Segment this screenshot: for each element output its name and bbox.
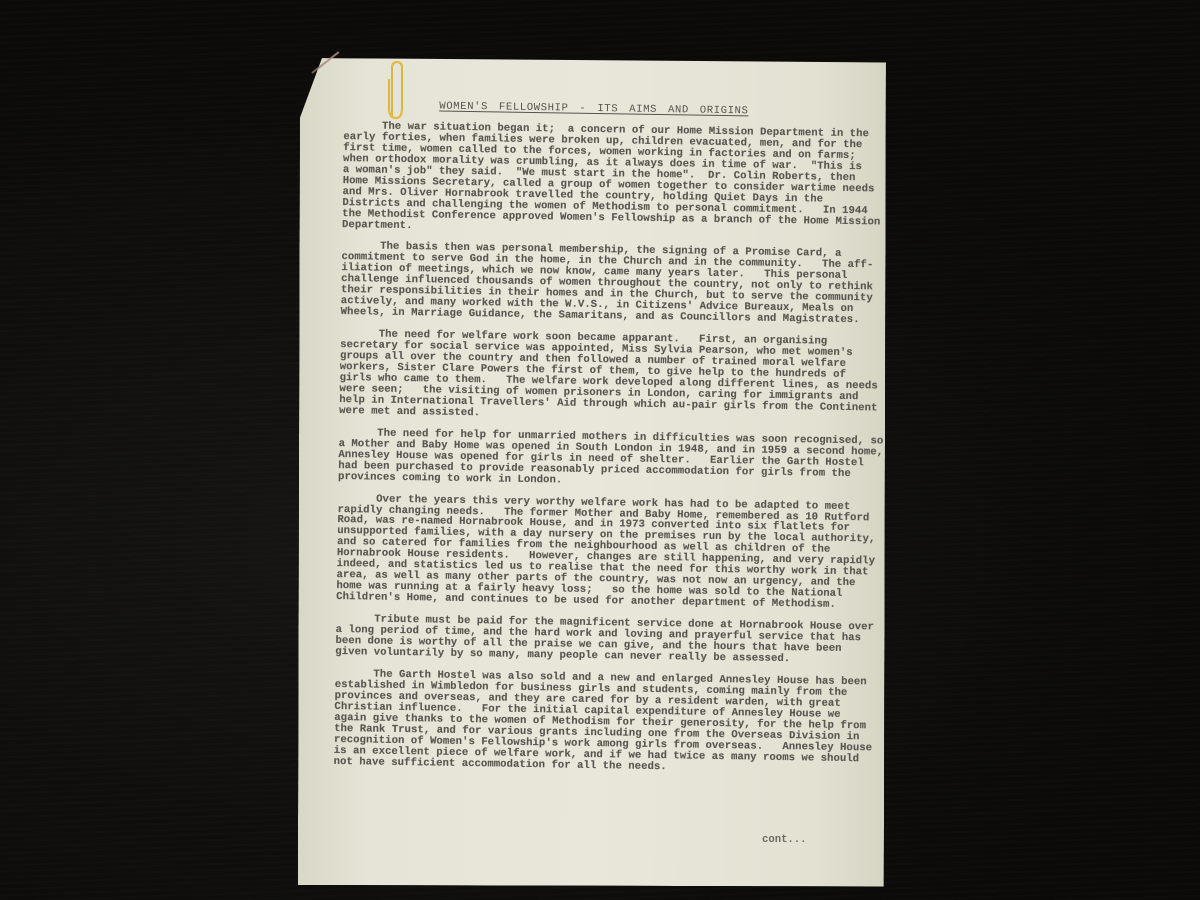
paragraph: Tribute must be paid for the magnificent… [335,614,856,666]
paragraph: The need for help for unmarried mothers … [338,428,859,491]
continuation-note: cont... [762,834,807,846]
paragraph: The need for welfare work soon became ap… [339,329,860,425]
paragraph: Over the years this very worthy welfare … [336,493,858,611]
paragraph: The basis then was personal membership, … [341,241,862,326]
paragraph: The Garth Hostel was also sold and a new… [334,669,855,776]
document-body: The war situation began it; a concern of… [334,121,864,776]
typed-document: WOMEN'S FELLOWSHIP - ITS AIMS AND ORIGIN… [333,100,864,787]
paragraph: The war situation began it; a concern of… [342,121,864,239]
